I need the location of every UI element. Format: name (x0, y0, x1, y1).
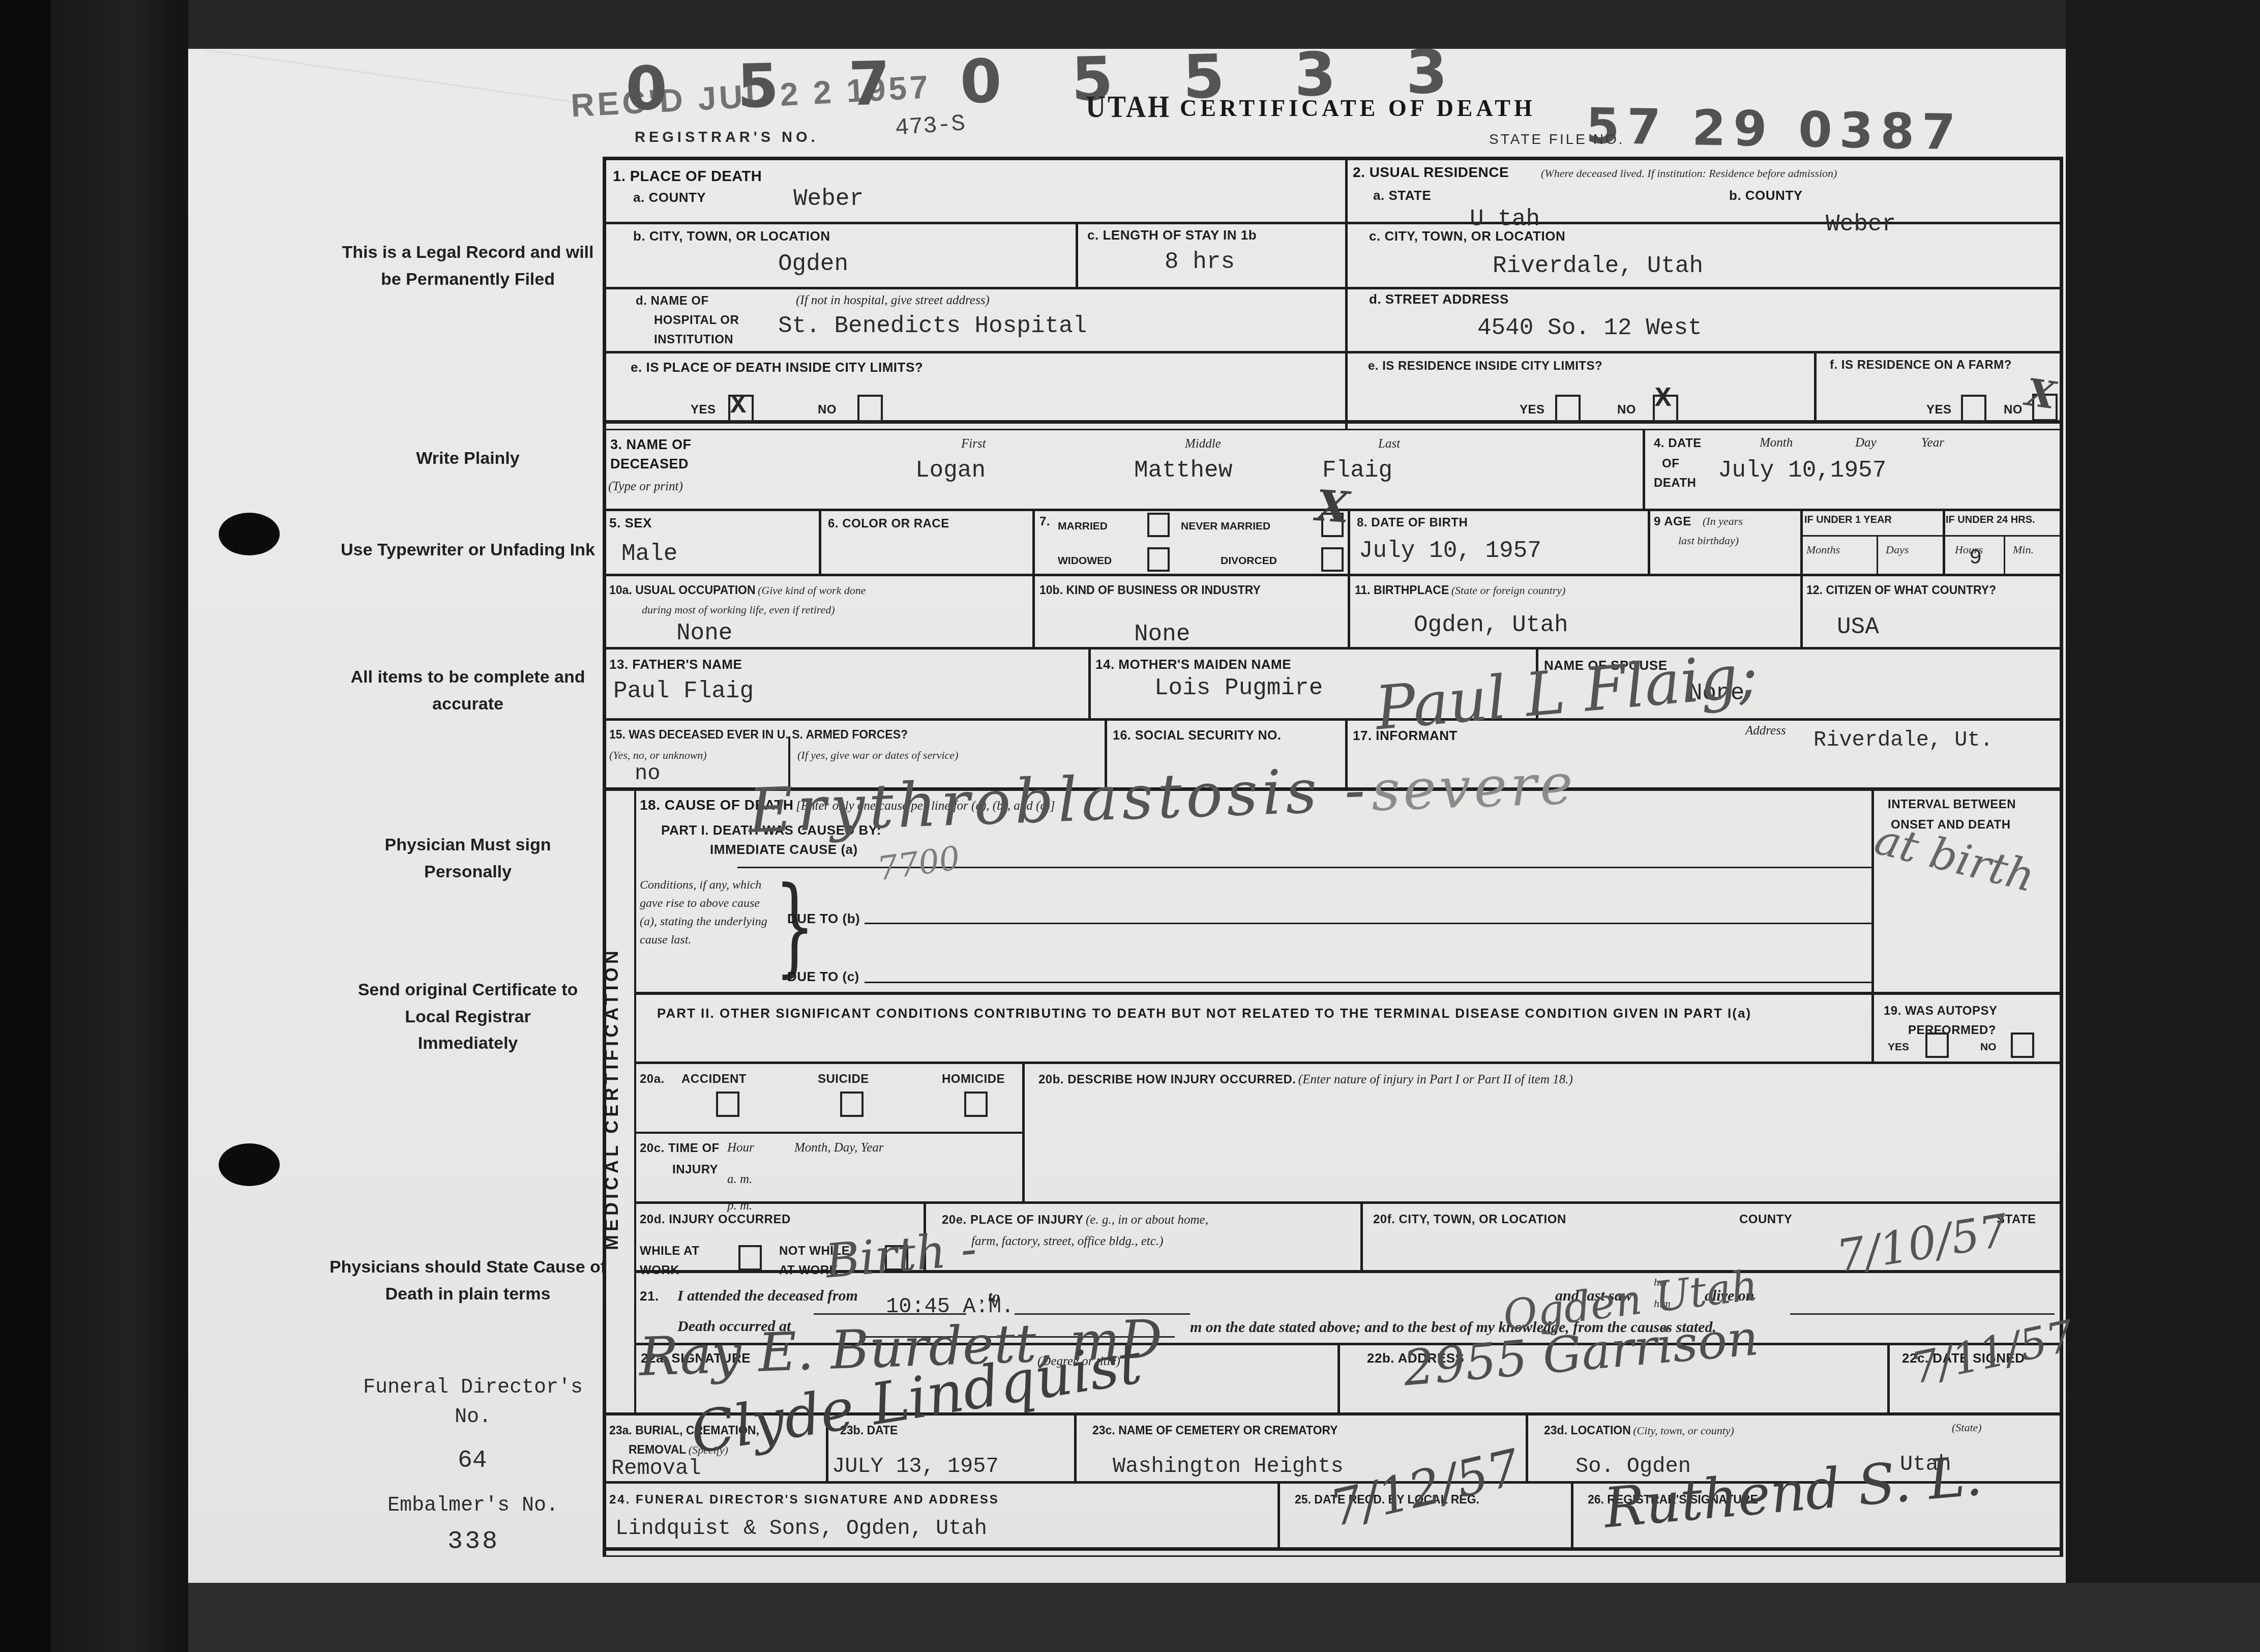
months-label: Months (1806, 542, 1840, 557)
injury-occurred-label: 20d. INJURY OCCURRED (640, 1212, 791, 1227)
grid-line (603, 429, 2063, 430)
never-married-checked-mark: X (1315, 480, 1351, 533)
first-name-value: Logan (915, 459, 986, 482)
grid-line (1943, 509, 1945, 574)
grid-line (603, 351, 2063, 353)
grid-line (1814, 351, 1817, 420)
informant-address-label: Address (1745, 722, 1786, 740)
grid-line (603, 287, 2063, 289)
grid-line (2004, 535, 2005, 574)
age-note: (In years (1703, 514, 1743, 529)
last-label: Last (1378, 435, 1400, 453)
accident-checkbox (716, 1091, 739, 1117)
length-of-stay-label: c. LENGTH OF STAY IN 1b (1087, 227, 1257, 244)
middle-label: Middle (1185, 435, 1221, 453)
state-label: a. STATE (1373, 187, 1431, 204)
suicide-checkbox (840, 1091, 864, 1117)
place-of-injury-label: 20e. PLACE OF INJURY (e. g., in or about… (942, 1212, 1208, 1229)
grid-line (1088, 647, 1091, 718)
margin-note-typewriter: Use Typewriter or Unfading Ink (325, 537, 610, 564)
days-label: Days (1886, 542, 1909, 557)
no-label: NO (1980, 1041, 1997, 1054)
grid-line (634, 1132, 1022, 1134)
if-under-24-hrs-label: IF UNDER 24 HRS. (1946, 514, 2035, 526)
grid-line (865, 982, 1871, 983)
autopsy-yes-checkbox (1925, 1032, 1949, 1058)
location-label: 23d. LOCATION (City, town, or county) (1544, 1423, 1734, 1438)
yes-checkbox (1961, 395, 1986, 422)
embalmers-no-label: Embalmer's No. (356, 1491, 590, 1521)
citizen-label: 12. CITIZEN OF WHAT COUNTRY? (1806, 583, 1996, 598)
cemetery-label: 23c. NAME OF CEMETERY OR CREMATORY (1092, 1423, 1338, 1438)
homicide-label: HOMICIDE (942, 1071, 1005, 1087)
length-of-stay-value: 8 hrs (1165, 250, 1235, 274)
grid-line (603, 647, 2063, 650)
grid-line (1800, 509, 1803, 647)
no-checkbox (857, 395, 883, 422)
hospital-label: HOSPITAL OR (654, 312, 739, 328)
hospital-note: (If not in hospital, give street address… (796, 292, 990, 309)
registrar-no-value: 473-S (894, 110, 966, 142)
yes-checkbox (1555, 395, 1581, 422)
grid-line (1800, 535, 2063, 537)
armed-forces-note2: (If yes, give war or dates of service) (797, 748, 958, 763)
describe-injury-text: 20b. DESCRIBE HOW INJURY OCCURRED. (1038, 1073, 1296, 1086)
ssn-label: 16. SOCIAL SECURITY NO. (1113, 727, 1281, 744)
married-checkbox (1147, 513, 1170, 537)
informant-address-value: Riverdale, Ut. (1813, 729, 1993, 751)
grid-line (1032, 509, 1035, 647)
last-name-value: Flaig (1322, 459, 1392, 482)
hospital-label: d. NAME OF (636, 293, 709, 309)
hospital-label: INSTITUTION (654, 332, 733, 347)
margin-note-physician-sign: Physician Must sign Personally (366, 832, 570, 885)
accident-label: ACCIDENT (681, 1071, 747, 1087)
yes-label: YES (691, 402, 716, 418)
grid-line (603, 574, 2063, 576)
due-to-c-label: DUE TO (c) (787, 968, 859, 986)
accident-row-num: 20a. (640, 1071, 665, 1087)
grid-line (1643, 429, 1645, 509)
funeral-directors-no-value: 64 (458, 1443, 487, 1479)
margin-note-legal-record: This is a Legal Record and will be Perma… (336, 239, 600, 292)
married-label: MARRIED (1058, 520, 1108, 533)
if-under-1-year-label: IF UNDER 1 YEAR (1804, 514, 1892, 526)
day-label: Day (1855, 434, 1877, 452)
business-value: None (1134, 623, 1190, 646)
hospital-value: St. Benedicts Hospital (778, 314, 1087, 338)
min-label: Min. (2013, 542, 2034, 557)
widowed-checkbox (1147, 547, 1170, 572)
occupation-value: None (676, 622, 732, 645)
citizen-value: USA (1837, 615, 1879, 639)
birthplace-label-text: 11. BIRTHPLACE (1355, 583, 1449, 597)
blank-line (1790, 1313, 2055, 1315)
grid-line (1076, 222, 1078, 287)
year-label: Year (1921, 434, 1944, 452)
street-label: d. STREET ADDRESS (1369, 291, 1509, 308)
describe-injury-note: (Enter nature of injury in Part I or Par… (1298, 1073, 1573, 1086)
homicide-checkbox (964, 1091, 988, 1117)
grid-line (865, 923, 1871, 924)
no-label: NO (2004, 402, 2023, 418)
name-of-deceased-label: 3. NAME OF (610, 436, 692, 453)
street-value: 4540 So. 12 West (1477, 316, 1702, 340)
birthplace-value: Ogden, Utah (1414, 613, 1568, 637)
city-label: b. CITY, TOWN, OR LOCATION (633, 228, 830, 245)
while-at-work-checkbox (738, 1245, 762, 1271)
attended-from-handwriting: Birth - (824, 1228, 978, 1283)
describe-injury-label: 20b. DESCRIBE HOW INJURY OCCURRED. (Ente… (1038, 1071, 1573, 1088)
grid-line (1648, 509, 1650, 574)
res-county-value: Weber (1826, 213, 1896, 236)
middle-name-value: Matthew (1134, 459, 1232, 482)
death-certificate-scan: This is a Legal Record and will be Perma… (0, 0, 2260, 1652)
grid-line (603, 1555, 2063, 1557)
injury-city-label: 20f. CITY, TOWN, OR LOCATION (1373, 1212, 1566, 1227)
date-of-death-label: OF (1662, 456, 1679, 471)
injury-county-label: COUNTY (1739, 1212, 1792, 1227)
occupation-label-text: 10a. USUAL OCCUPATION (609, 583, 756, 597)
scan-background-right (2066, 0, 2260, 1652)
grid-line (603, 157, 2063, 160)
res-city-label: c. CITY, TOWN, OR LOCATION (1369, 228, 1565, 245)
autopsy-no-checkbox (2011, 1032, 2034, 1058)
mothers-name-label: 14. MOTHER'S MAIDEN NAME (1095, 656, 1291, 673)
age-note: last birthday) (1678, 533, 1739, 548)
funeral-directors-no-label: Funeral Director's No. (356, 1373, 590, 1432)
scan-background-left (51, 0, 188, 1652)
no-label: NO (818, 402, 837, 418)
first-label: First (961, 435, 986, 453)
scan-background-bottom (0, 1583, 2260, 1652)
pencil-number: 7700 (876, 844, 962, 884)
res-county-label: b. COUNTY (1729, 187, 1803, 204)
fathers-name-label: 13. FATHER'S NAME (609, 656, 742, 673)
removal-text: REMOVAL (629, 1443, 686, 1456)
grid-line (819, 509, 821, 574)
sex-value: Male (621, 542, 677, 566)
am-label: a. m. (727, 1171, 752, 1188)
part2-label: PART II. OTHER SIGNIFICANT CONDITIONS CO… (657, 1005, 1751, 1022)
margin-note-send-original: Send original Certificate to Local Regis… (356, 977, 580, 1057)
occupation-label: 10a. USUAL OCCUPATION (Give kind of work… (609, 583, 866, 598)
medical-certification-label: MEDICAL CERTIFICATION (601, 814, 635, 1383)
autopsy-label: 19. WAS AUTOPSY (1884, 1003, 1998, 1019)
occupation-note: during most of working life, even if ret… (642, 602, 835, 617)
name-of-deceased-label: DECEASED (610, 456, 689, 472)
grid-line (1877, 535, 1878, 574)
date-of-death-label: DEATH (1654, 475, 1696, 491)
grid-line (1277, 1481, 1280, 1547)
grid-line (1345, 157, 1348, 429)
place-of-injury-note: farm, factory, street, office bldg., etc… (971, 1233, 1163, 1250)
date-of-birth-value: July 10, 1957 (1359, 539, 1541, 563)
suicide-label: SUICIDE (818, 1071, 869, 1087)
divorced-label: DIVORCED (1221, 554, 1277, 568)
while-at-work-label: WHILE AT (640, 1243, 699, 1259)
grid-line (1360, 1201, 1363, 1270)
while-at-work-label: WORK (640, 1262, 679, 1278)
conditions-note: Conditions, if any, which gave rise to a… (640, 876, 768, 949)
city-value: Ogden (778, 252, 848, 276)
yes-label: YES (1926, 402, 1952, 418)
state-file-no-value: 57 29 0387 (1585, 98, 1963, 161)
cemetery-value: Washington Heights (1113, 1456, 1344, 1477)
divorced-checkbox (1321, 547, 1344, 572)
burial-date-value: JULY 13, 1957 (832, 1456, 999, 1477)
funeral-director-value: Lindquist & Sons, Ogden, Utah (615, 1518, 987, 1539)
grid-line (1022, 1061, 1025, 1201)
attended-text: I attended the deceased from (677, 1287, 858, 1305)
never-married-label: NEVER MARRIED (1181, 520, 1270, 533)
no-label: NO (1617, 402, 1636, 418)
grid-line (1871, 787, 1874, 1061)
sex-label: 5. SEX (609, 515, 652, 532)
usual-residence-note: (Where deceased lived. If institution: R… (1541, 166, 1837, 181)
hour-label: Hour (727, 1139, 754, 1157)
location-note: (City, town, or county) (1633, 1424, 1734, 1437)
county-value: Weber (793, 187, 864, 211)
no-checked-mark: X (1655, 383, 1671, 415)
hole-punch-icon (219, 513, 280, 555)
birthplace-note: (State or foreign country) (1451, 584, 1566, 597)
usual-residence-title: 2. USUAL RESIDENCE (1353, 164, 1509, 181)
location-text: 23d. LOCATION (1544, 1424, 1631, 1437)
yes-label: YES (1888, 1041, 1909, 1054)
grid-line (1571, 1481, 1573, 1547)
mothers-name-value: Lois Pugmire (1154, 676, 1323, 700)
location-state-note: (State) (1952, 1420, 1982, 1435)
funeral-director-label: 24. FUNERAL DIRECTOR'S SIGNATURE AND ADD… (609, 1492, 999, 1508)
birthplace-label: 11. BIRTHPLACE (State or foreign country… (1355, 583, 1565, 598)
place-of-death-title: 1. PLACE OF DEATH (613, 168, 762, 186)
date-of-death-label: 4. DATE (1654, 435, 1702, 451)
autopsy-label: PERFORMED? (1908, 1022, 1996, 1038)
cause-text-severe: severe (1370, 751, 1577, 823)
grid-line (634, 992, 2063, 995)
hole-punch-icon (219, 1143, 280, 1186)
grid-line (603, 1547, 2063, 1551)
scan-background-top (0, 0, 2260, 49)
scan-background-left-dark (0, 0, 51, 1652)
yes-label: YES (1520, 402, 1545, 418)
due-to-b-label: DUE TO (b) (787, 910, 860, 928)
time-of-injury-label: 20c. TIME OF (640, 1140, 720, 1156)
title-certificate-of-death: CERTIFICATE OF DEATH (1180, 95, 1536, 122)
res-city-limits-label: e. IS RESIDENCE INSIDE CITY LIMITS? (1368, 358, 1602, 374)
grid-line (603, 718, 2063, 721)
margin-note-all-items: All items to be complete and accurate (346, 664, 590, 717)
month-label: Month (1760, 434, 1793, 452)
res-city-value: Riverdale, Utah (1493, 254, 1703, 278)
type-or-print-note: (Type or print) (608, 478, 683, 495)
age-label: 9 AGE (1654, 514, 1691, 529)
grid-line (634, 1201, 2063, 1204)
place-of-injury-note: (e. g., in or about home, (1086, 1213, 1208, 1227)
grid-line (603, 420, 2063, 424)
grid-line (1887, 1343, 1890, 1412)
attended-num: 21. (640, 1288, 659, 1305)
title-utah: UTAH (1086, 88, 1171, 124)
armed-forces-value: no (635, 763, 660, 784)
time-of-injury-label: INJURY (672, 1162, 718, 1177)
armed-forces-note1: (Yes, no, or unknown) (609, 748, 707, 763)
county-label: a. COUNTY (633, 189, 706, 206)
city-limits-label: e. IS PLACE OF DEATH INSIDE CITY LIMITS? (631, 359, 923, 376)
burial-value: Removal (611, 1458, 701, 1479)
marital-num: 7. (1039, 514, 1050, 529)
grid-line (634, 1061, 2063, 1064)
margin-note-plain-terms: Physicians should State Cause of Death i… (315, 1254, 620, 1307)
grid-line (1337, 1343, 1340, 1412)
occupation-note: (Give kind of work done (758, 584, 866, 597)
business-label: 10b. KIND OF BUSINESS OR INDUSTRY (1039, 583, 1261, 598)
grid-line (1348, 509, 1350, 647)
widowed-label: WIDOWED (1058, 554, 1112, 568)
registrar-no-label: REGISTRAR'S NO. (635, 128, 819, 147)
color-race-label: 6. COLOR OR RACE (828, 516, 949, 532)
no-checked-mark-hand: X (2023, 370, 2058, 418)
hours-value: 9 (1969, 547, 1982, 569)
grid-line (1526, 1412, 1528, 1481)
embalmers-no-value: 338 (448, 1524, 499, 1561)
date-of-death-value: July 10,1957 (1718, 459, 1886, 482)
interval-label: INTERVAL BETWEEN (1888, 796, 2016, 812)
grid-line (1074, 1412, 1077, 1481)
armed-forces-label: 15. WAS DECEASED EVER IN U. S. ARMED FOR… (609, 727, 908, 742)
fathers-name-value: Paul Flaig (613, 680, 754, 703)
date-of-birth-label: 8. DATE OF BIRTH (1357, 515, 1468, 530)
margin-note-write-plainly: Write Plainly (336, 445, 600, 472)
farm-label: f. IS RESIDENCE ON A FARM? (1830, 357, 2012, 373)
yes-checked-mark: X (730, 391, 746, 421)
month-day-year-label: Month, Day, Year (794, 1139, 883, 1157)
